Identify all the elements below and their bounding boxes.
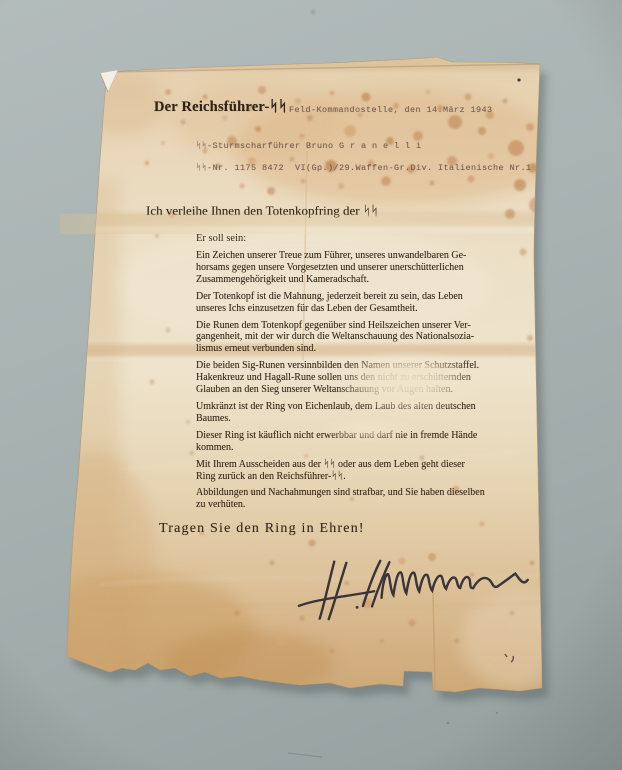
intro-line: Er soll sein: xyxy=(196,233,246,244)
body-paragraph: Die beiden Sig-Runen versinnbilden den N… xyxy=(196,360,506,396)
award-line: Ich verleihe Ihnen den Totenkopfring der… xyxy=(146,203,378,219)
paragraph-line: horsams gegen unsere Vorgesetzten und un… xyxy=(196,262,506,274)
paragraph-line: gangenheit, mit der wir durch die Weltan… xyxy=(196,331,506,343)
recipient-unit-line: ᛋᛋ-Nr. 1175 8472 VI(Gp.)/29.Waffen-Gr.Di… xyxy=(196,163,532,173)
paragraph-line: Glauben an den Sieg unserer Weltanschauu… xyxy=(196,384,506,396)
body-paragraph: Dieser Ring ist käuflich nicht erwerbbar… xyxy=(196,430,506,454)
paragraph-line: zu verhüten. xyxy=(196,499,506,511)
paragraph-line: Die beiden Sig-Runen versinnbilden den N… xyxy=(196,360,506,372)
body-paragraphs: Ein Zeichen unserer Treue zum Führer, un… xyxy=(196,250,506,516)
body-paragraph: Die Runen dem Totenkopf gegenüber sind H… xyxy=(196,320,506,356)
paragraph-line: Zusammengehörigkeit und Kameradschaft. xyxy=(196,274,506,286)
closing-line: Tragen Sie den Ring in Ehren! xyxy=(159,521,365,537)
paragraph-line: Dieser Ring ist käuflich nicht erwerbbar… xyxy=(196,430,506,442)
paragraph-line: kommen. xyxy=(196,442,506,454)
paragraph-line: Mit Ihrem Ausscheiden aus der ᛋᛋ oder au… xyxy=(196,459,506,471)
paragraph-line: lismus erneut verbunden sind. xyxy=(196,343,506,355)
paragraph-line: Abbildungen und Nachahmungen sind strafb… xyxy=(196,487,506,499)
paragraph-line: Der Totenkopf ist die Mahnung, jederzeit… xyxy=(196,291,506,303)
photo-background: Der Reichsführer-ᛋᛋ Feld-Kommandostelle,… xyxy=(0,0,622,770)
body-paragraph: Mit Ihrem Ausscheiden aus der ᛋᛋ oder au… xyxy=(196,459,506,483)
recipient-name-line: ᛋᛋ-Sturmscharführer Bruno G r a n e l l … xyxy=(196,141,422,151)
document-content: Der Reichsführer-ᛋᛋ Feld-Kommandostelle,… xyxy=(0,0,622,770)
signature xyxy=(288,542,534,635)
paragraph-line: Hakenkreuz und Hagall-Rune sollen uns de… xyxy=(196,372,506,384)
paragraph-line: Die Runen dem Totenkopf gegenüber sind H… xyxy=(196,320,506,332)
paragraph-line: Umkränzt ist der Ring von Eichenlaub, de… xyxy=(196,401,506,413)
paragraph-line: Ring zurück an den Reichsführer-ᛋᛋ. xyxy=(196,471,506,483)
body-paragraph: Umkränzt ist der Ring von Eichenlaub, de… xyxy=(196,401,506,425)
paragraph-line: Baumes. xyxy=(196,413,506,425)
signature-ink xyxy=(288,542,534,635)
body-paragraph: Der Totenkopf ist die Mahnung, jederzeit… xyxy=(196,291,506,315)
letterhead: Der Reichsführer-ᛋᛋ xyxy=(154,99,287,116)
paragraph-line: Ein Zeichen unserer Treue zum Führer, un… xyxy=(196,250,506,262)
dateline: Feld-Kommandostelle, den 14.März 1943 xyxy=(289,105,493,115)
body-paragraph: Abbildungen und Nachahmungen sind strafb… xyxy=(196,487,506,511)
body-paragraph: Ein Zeichen unserer Treue zum Führer, un… xyxy=(196,250,506,286)
paragraph-line: unseres Ichs einzusetzen für das Leben d… xyxy=(196,303,506,315)
